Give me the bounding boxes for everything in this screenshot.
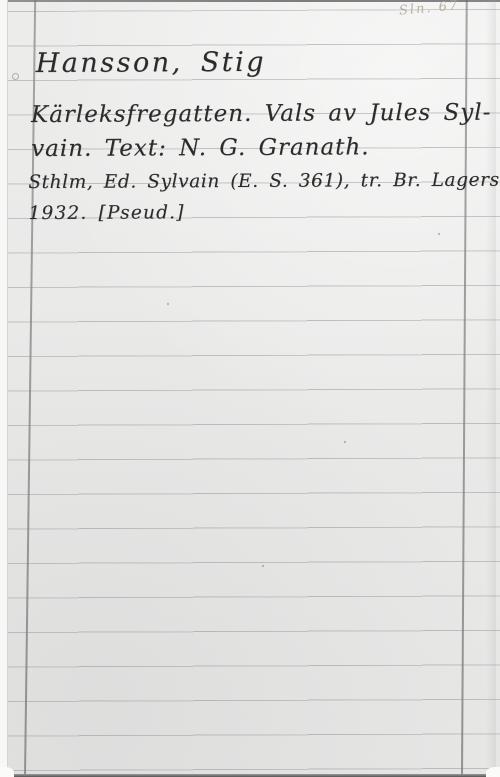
- card-body-line: vain. Text: N. G. Granath.: [31, 134, 370, 162]
- card-body-line: Kärleksfregatten. Vals av Jules Syl-: [31, 100, 492, 128]
- catalog-card-scan: Sln. 67 Hansson, Stig Kärleksfregatten. …: [0, 0, 500, 777]
- handwriting-layer: Hansson, Stig Kärleksfregatten. Vals av …: [0, 0, 500, 777]
- card-body-line: Sthlm, Ed. Sylvain (E. S. 361), tr. Br. …: [28, 169, 500, 193]
- card-body-line: 1932. [Pseud.]: [28, 202, 184, 224]
- card-heading-author: Hansson, Stig: [36, 47, 266, 79]
